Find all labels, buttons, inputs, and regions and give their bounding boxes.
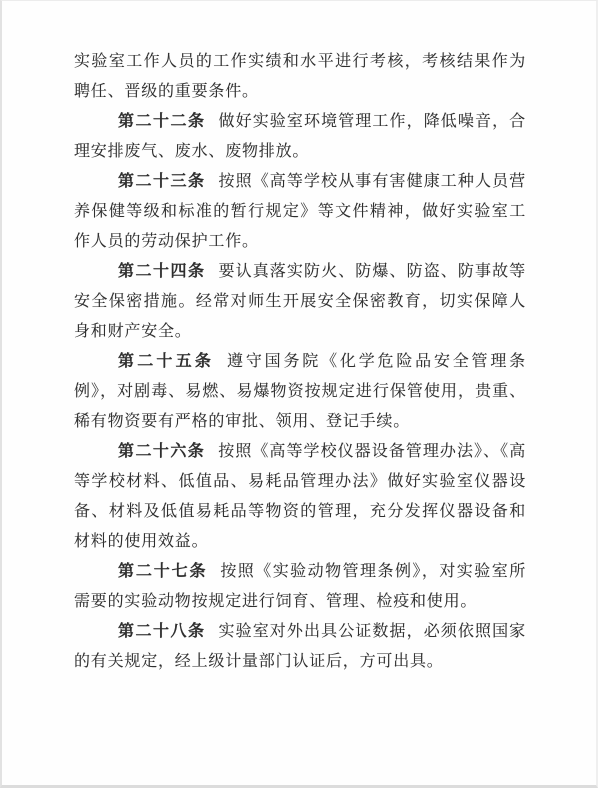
article-number: 第二十三条 (118, 173, 206, 190)
paragraph: 第二十八条实验室对外出具公证数据，必须依照国家的有关规定，经上级计量部门认证后，… (74, 617, 526, 677)
document-body: 实验室工作人员的工作实绩和水平进行考核，考核结果作为聘任、晋级的重要条件。 第二… (2, 1, 596, 677)
article-number: 第二十六条 (118, 443, 205, 460)
paragraph: 实验室工作人员的工作实绩和水平进行考核，考核结果作为聘任、晋级的重要条件。 (74, 47, 526, 107)
paragraph: 第二十二条做好实验室环境管理工作，降低噪音，合理安排废气、废水、废物排放。 (74, 107, 526, 167)
scanned-document-page: 实验室工作人员的工作实绩和水平进行考核，考核结果作为聘任、晋级的重要条件。 第二… (0, 0, 598, 788)
article-number: 第二十五条 (118, 353, 214, 370)
paragraph: 第二十六条按照《高等学校仪器设备管理办法》、《高等学校材料、低值品、易耗品管理办… (74, 437, 526, 557)
article-number: 第二十七条 (118, 563, 207, 580)
paragraph: 第二十七条按照《实验动物管理条例》，对实验室所需要的实验动物按规定进行饲育、管理… (74, 557, 526, 617)
paragraph: 第二十四条要认真落实防火、防爆、防盗、防事故等安全保密措施。经常对师生开展安全保… (74, 257, 526, 347)
paragraph-text: 实验室工作人员的工作实绩和水平进行考核，考核结果作为聘任、晋级的重要条件。 (74, 53, 526, 100)
article-number: 第二十二条 (118, 113, 206, 130)
article-number: 第二十八条 (118, 623, 206, 640)
paragraph: 第二十五条遵守国务院《化学危险品安全管理条例》，对剧毒、易燃、易爆物资按规定进行… (74, 347, 526, 437)
article-number: 第二十四条 (118, 263, 206, 280)
paragraph: 第二十三条按照《高等学校从事有害健康工种人员营养保健等级和标准的暂行规定》等文件… (74, 167, 526, 257)
